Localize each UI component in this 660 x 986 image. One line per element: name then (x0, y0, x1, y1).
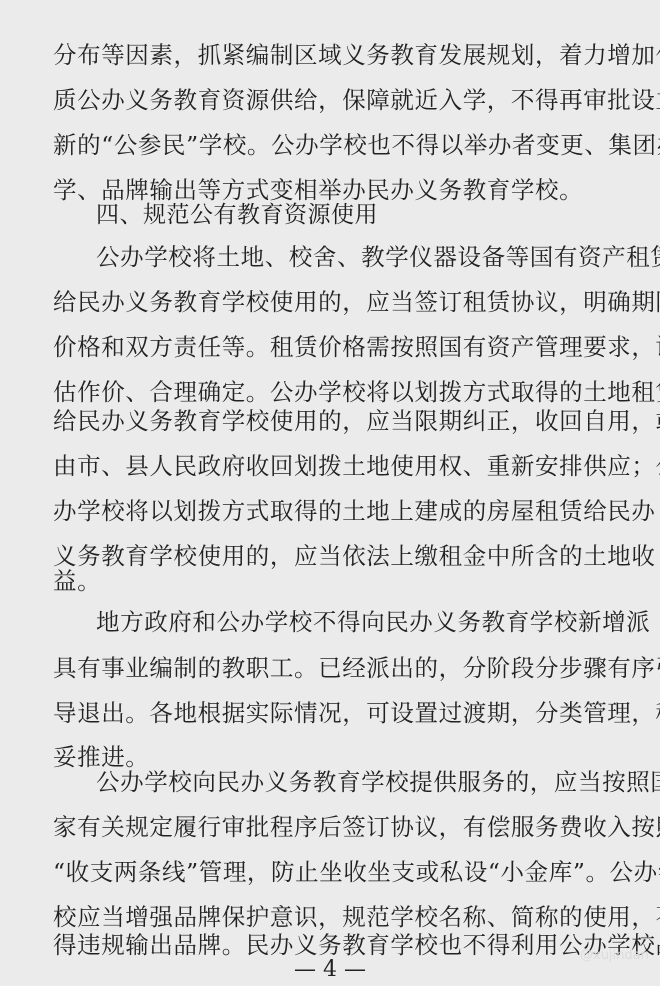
text-line: 新的“公参民”学校。公办学校也不得以举办者变更、集团办 (53, 130, 611, 160)
text-line: 给民办义务教育学校使用的，应当签订租赁协议，明确期限、 (53, 287, 611, 317)
text-line: 由市、县人民政府收回划拨土地使用权、重新安排供应；公 (53, 451, 611, 481)
text-line: 分布等因素，抓紧编制区域义务教育发展规划，着力增加优 (53, 40, 611, 70)
text-line: 导退出。各地根据实际情况，可设置过渡期，分类管理，稳 (53, 698, 611, 728)
page-number: — 4 — (0, 955, 660, 985)
watermark: @xujindan (580, 948, 649, 963)
text-line: 质公办义务教育资源供给，保障就近入学，不得再审批设立 (53, 85, 611, 115)
text-line: 益。 (53, 566, 611, 596)
text-line: 地方政府和公办学校不得向民办义务教育学校新增派 (96, 607, 611, 637)
text-line: 给民办义务教育学校使用的，应当限期纠正，收回自用，或 (53, 406, 611, 436)
text-line: 公办学校将土地、校舍、教学仪器设备等国有资产租赁 (96, 242, 611, 272)
text-line: 公办学校向民办义务教育学校提供服务的，应当按照国 (96, 767, 611, 797)
text-line: 校应当增强品牌保护意识，规范学校名称、简称的使用，不 (53, 902, 611, 932)
text-line: 价格和双方责任等。租赁价格需按照国有资产管理要求，评 (53, 332, 611, 362)
text-line: 估作价、合理确定。公办学校将以划拨方式取得的土地租赁 (53, 377, 611, 407)
text-line: 具有事业编制的教职工。已经派出的，分阶段分步骤有序引 (53, 653, 611, 683)
section-heading: 四、规范公有教育资源使用 (96, 200, 378, 230)
document-page: 分布等因素，抓紧编制区域义务教育发展规划，着力增加优 质公办义务教育资源供给，保… (0, 0, 660, 986)
text-line: 家有关规定履行审批程序后签订协议，有偿服务费收入按照 (53, 812, 611, 842)
text-line: 办学校将以划拨方式取得的土地上建成的房屋租赁给民办 (53, 496, 611, 526)
text-line: “收支两条线”管理，防止坐收坐支或私设“小金库”。公办学 (53, 857, 611, 887)
